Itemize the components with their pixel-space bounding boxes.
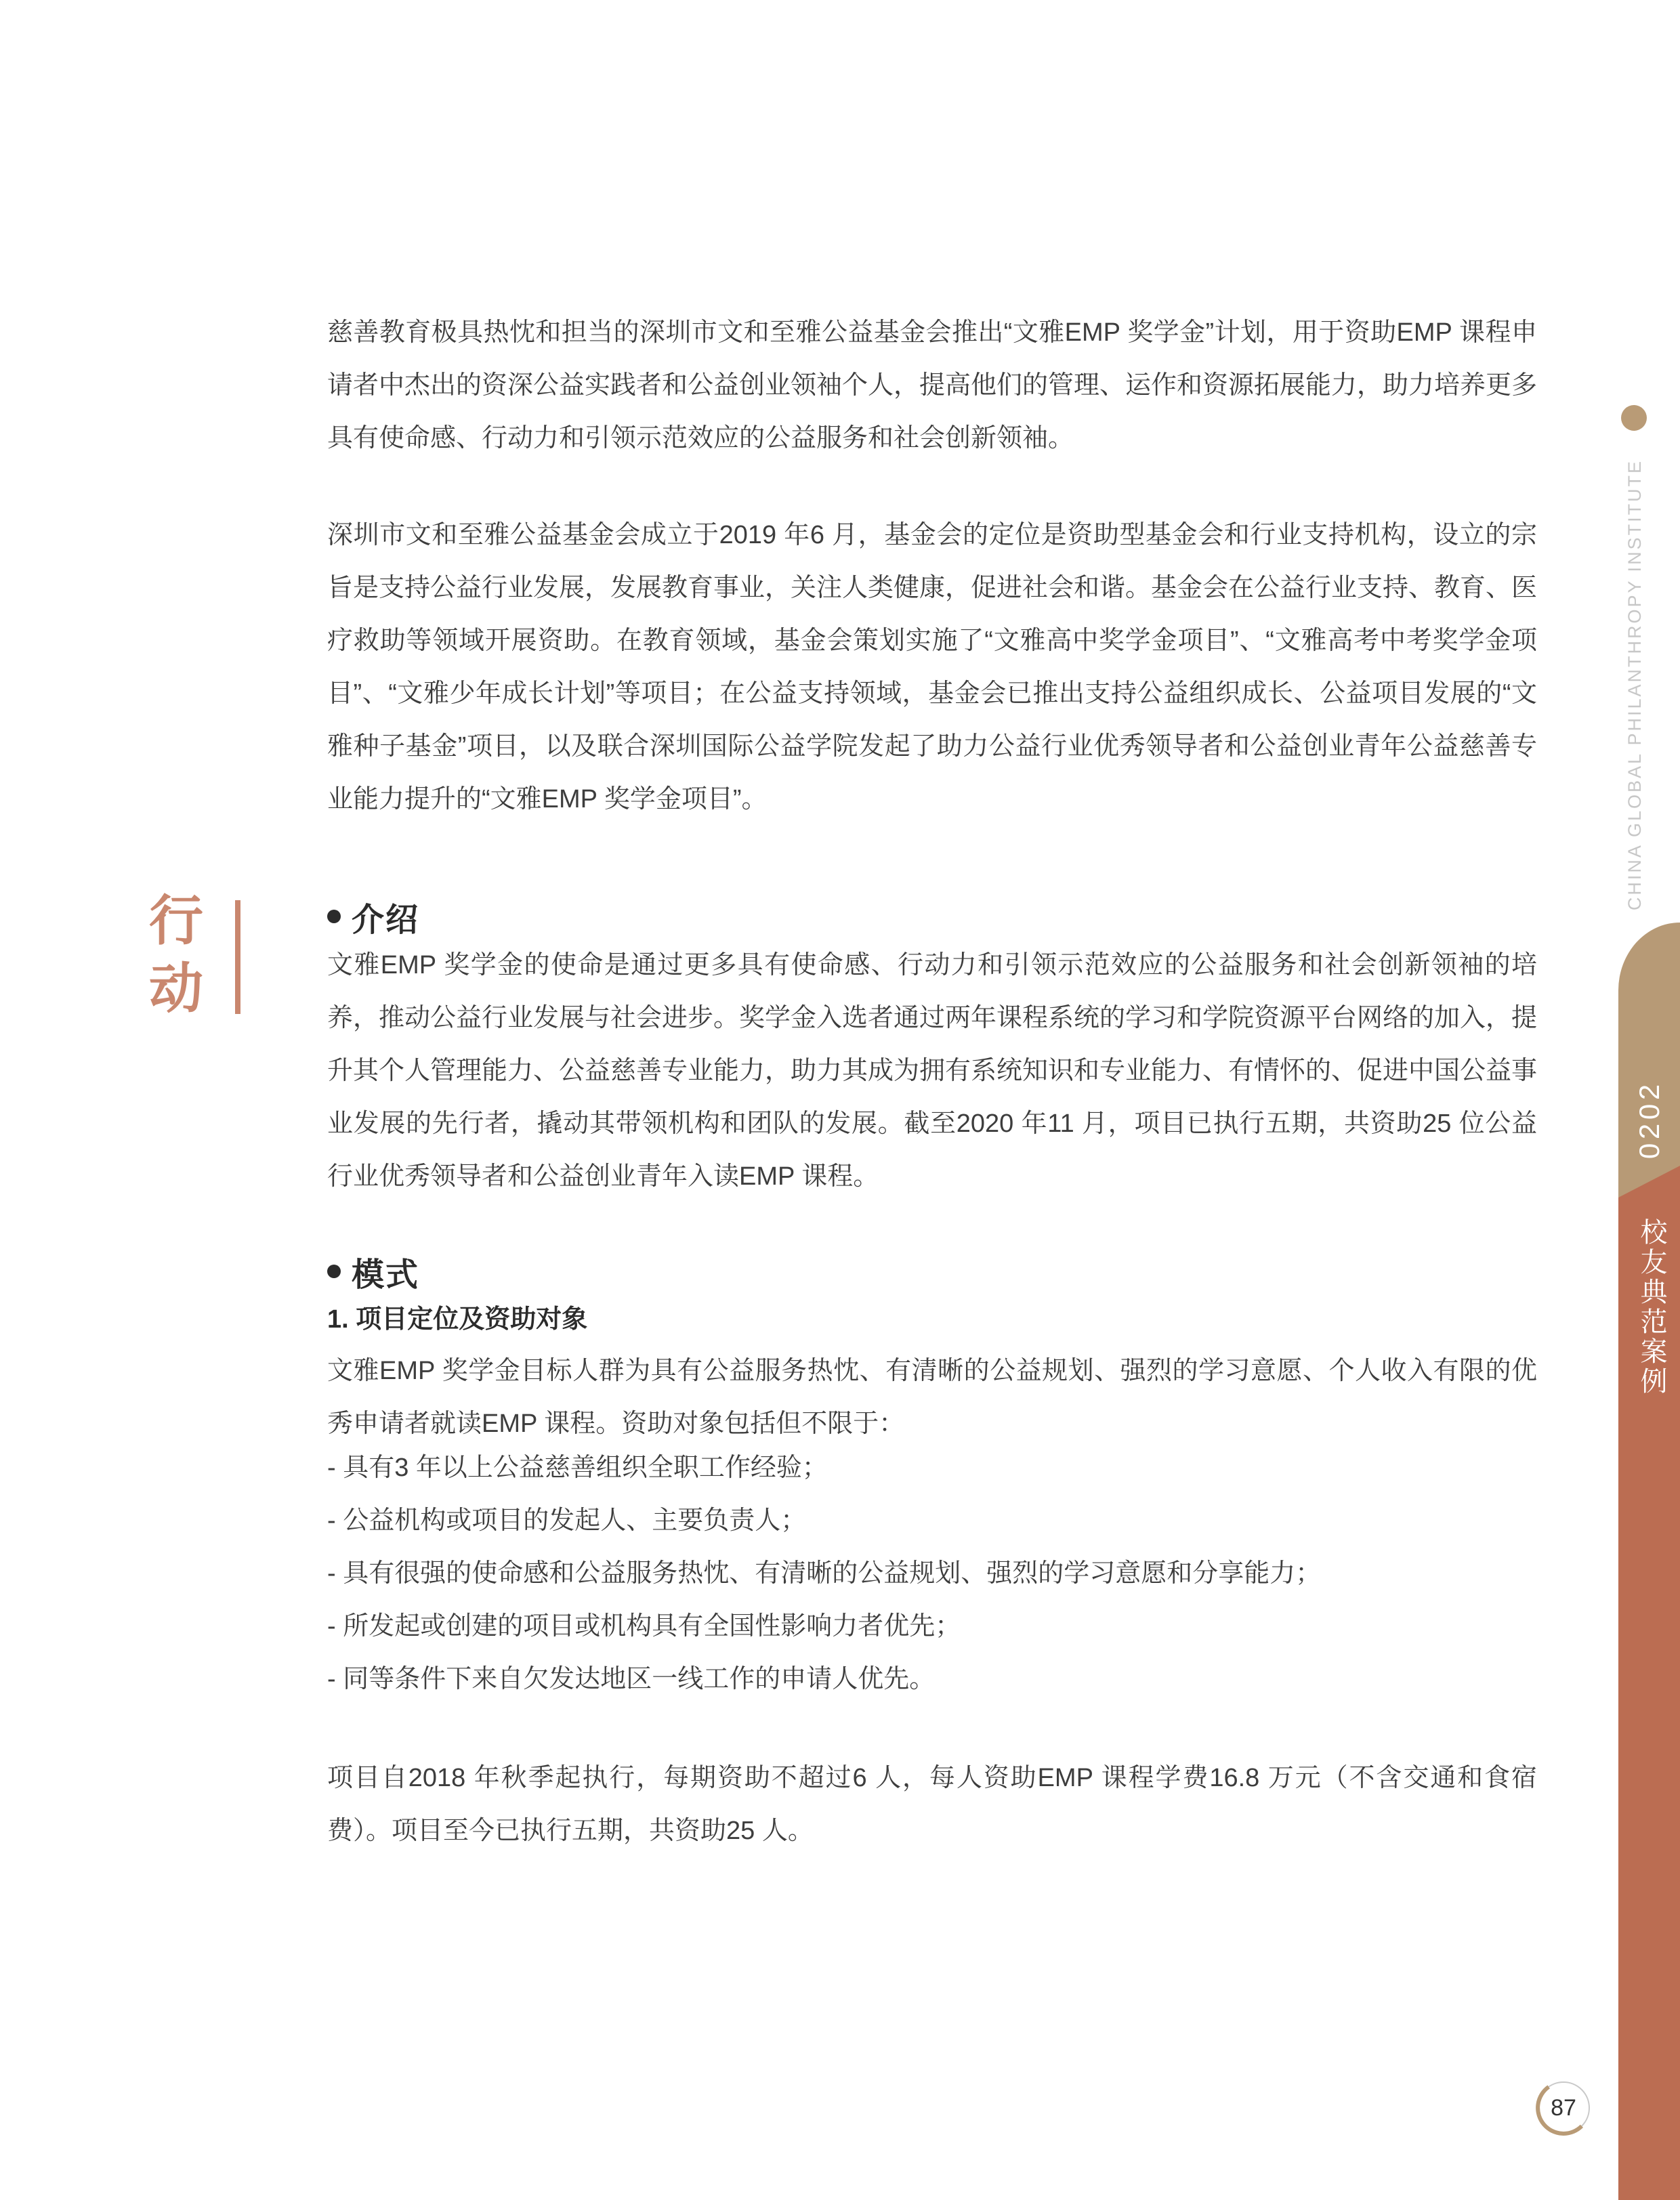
- section-heading-mode-label: 模式: [352, 1248, 419, 1295]
- criteria-item: - 所发起或创建的项目或机构具有全国性影响力者优先；: [327, 1600, 1537, 1653]
- paragraph-intro-body: 文雅EMP 奖学金的使命是通过更多具有使命感、行动力和引领示范效应的公益服务和社…: [327, 939, 1537, 1203]
- criteria-item: - 具有很强的使命感和公益服务热忱、有清晰的公益规划、强烈的学习意愿和分享能力；: [327, 1547, 1537, 1600]
- ribbon-year-label: 2020: [1630, 1082, 1669, 1161]
- paragraph-funding-terms: 项目自2018 年秋季起执行，每期资助不超过6 人，每人资助EMP 课程学费16…: [327, 1752, 1537, 1857]
- page-number: 87: [1535, 2079, 1592, 2136]
- paragraph-foundation-background: 深圳市文和至雅公益基金会成立于2019 年6 月，基金会的定位是资助型基金会和行…: [327, 509, 1537, 826]
- report-page: { "document": { "page_number": "87", "se…: [0, 0, 1680, 2200]
- criteria-item: - 同等条件下来自欠发达地区一线工作的申请人优先。: [327, 1653, 1537, 1706]
- section-heading-intro: 介绍: [327, 895, 419, 937]
- paragraph-program-overview: 慈善教育极具热忱和担当的深圳市文和至雅公益基金会推出“文雅EMP 奖学金”计划，…: [327, 306, 1537, 465]
- subheading-positioning: 1. 项目定位及资助对象: [327, 1300, 587, 1338]
- institute-vertical-text: CHINA GLOBAL PHILANTHROPY INSTITUTE: [1624, 454, 1645, 915]
- bullet-dot-icon: [327, 1265, 341, 1278]
- criteria-list: - 具有3 年以上公益慈善组织全职工作经验； - 公益机构或项目的发起人、主要负…: [327, 1441, 1537, 1706]
- paragraph-target-group: 文雅EMP 奖学金目标人群为具有公益服务热忱、有清晰的公益规划、强烈的学习意愿、…: [327, 1345, 1537, 1450]
- section-tab-action: 行动: [149, 887, 210, 1023]
- criteria-item: - 具有3 年以上公益慈善组织全职工作经验；: [327, 1441, 1537, 1494]
- bullet-dot-icon: [327, 910, 341, 923]
- criteria-item: - 公益机构或项目的发起人、主要负责人；: [327, 1494, 1537, 1547]
- section-heading-mode: 模式: [327, 1250, 419, 1292]
- section-tab-bar: [235, 900, 240, 1014]
- sidebar-dot-icon: [1621, 405, 1647, 431]
- ribbon-category-label: 校友典范案例: [1633, 1218, 1671, 1397]
- section-heading-intro-label: 介绍: [352, 893, 419, 940]
